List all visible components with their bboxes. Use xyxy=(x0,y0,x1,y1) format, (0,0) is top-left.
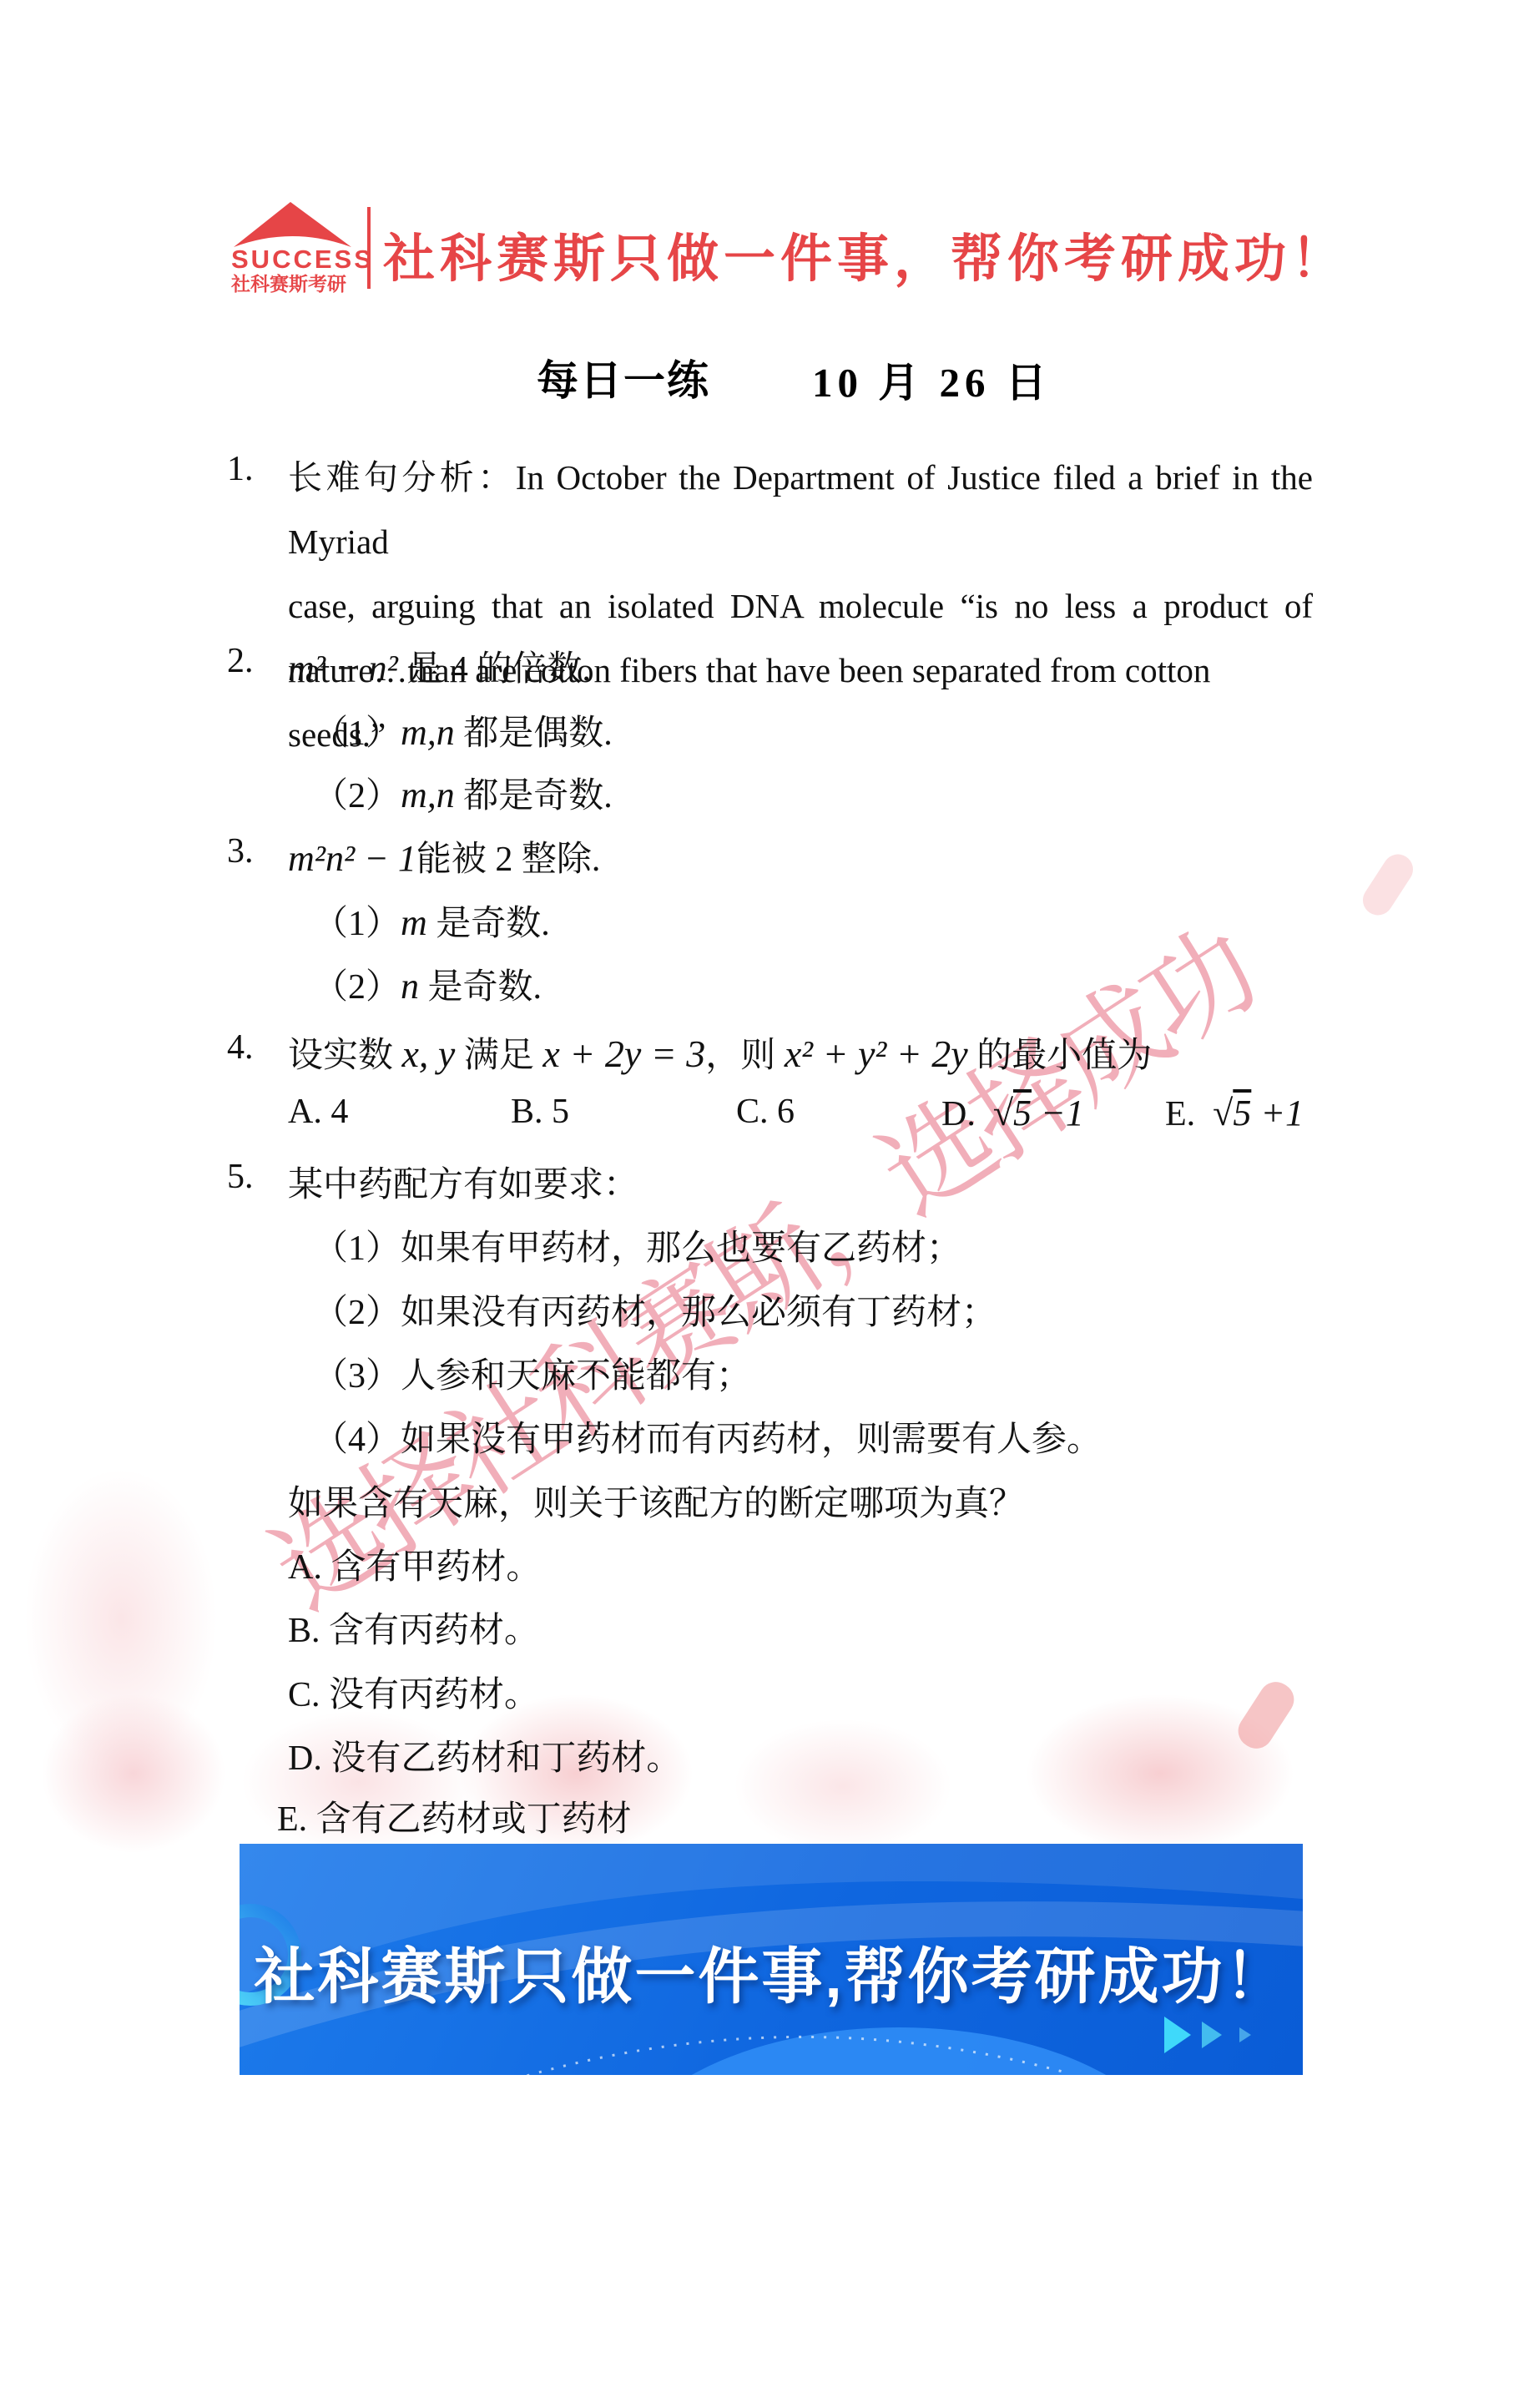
question-number: 3. xyxy=(227,831,254,871)
sqrt-symbol: √ xyxy=(1213,1093,1233,1133)
question-5-cond4: （4）如果没有甲药材而有丙药材，则需要有人参。 xyxy=(313,1411,1102,1461)
banner-slogan: 社科赛斯只做一件事,帮你考研成功！ xyxy=(240,1927,1303,2015)
q5-option-b: B. 含有丙药材。 xyxy=(288,1603,539,1653)
question-1-line1: 长难句分析：In October the Department of Justi… xyxy=(288,446,1313,574)
promo-banner: 社科赛斯只做一件事,帮你考研成功！ xyxy=(240,1844,1303,2075)
q5-option-d: D. 没有乙药材和丁药材。 xyxy=(288,1730,681,1780)
formula: x² + y² + 2y xyxy=(785,1032,968,1075)
question-4-text: 的最小值为 xyxy=(968,1037,1153,1075)
watercolor-blob xyxy=(42,1694,225,1853)
question-5-cond2: （2）如果没有丙药材，那么必须有丁药材； xyxy=(313,1285,997,1335)
header-slogan: 社科赛斯只做一件事，帮你考研成功！ xyxy=(383,217,1348,291)
question-5-cond1: （1）如果有甲药材，那么也要有乙药材； xyxy=(313,1220,961,1270)
question-5: 某中药配方有如要求： xyxy=(288,1157,638,1207)
question-2-cond1: （1）m,n 都是偶数. xyxy=(313,705,613,755)
question-3-cond2: （2）n 是奇数. xyxy=(313,959,542,1009)
page-date: 10 月 26 日 xyxy=(812,351,1052,409)
question-2: m² − n² 是 4 的倍数. xyxy=(288,641,591,691)
question-number: 4. xyxy=(227,1027,254,1068)
formula: x + 2y = 3 xyxy=(542,1032,705,1075)
play-arrow-icon xyxy=(1239,2027,1251,2042)
cond-text: 是奇数. xyxy=(427,905,550,943)
question-5-stem: 如果含有天麻，则关于该配方的断定哪项为真？ xyxy=(288,1476,1024,1526)
question-4-text: 满足 xyxy=(455,1037,542,1075)
formula: −1 xyxy=(1032,1093,1084,1133)
cond-text: 都是奇数. xyxy=(455,777,613,815)
question-1-line2: case, arguing that an isolated DNA molec… xyxy=(288,574,1313,639)
cond-text: 都是偶数. xyxy=(455,714,613,753)
question-3: m²n² − 1能被 2 整除. xyxy=(288,831,600,881)
sqrt-symbol: √ xyxy=(993,1093,1013,1133)
question-2-text: 是 4 的倍数. xyxy=(398,650,591,689)
formula: m xyxy=(401,902,427,943)
cond-number: （1） xyxy=(313,905,401,943)
formula: m,n xyxy=(401,712,455,753)
question-5-cond3: （3）人参和天麻不能都有； xyxy=(313,1348,751,1398)
play-arrow-icon xyxy=(1164,2017,1191,2053)
play-arrow-icon xyxy=(1202,2022,1222,2048)
q4-option-b: B. 5 xyxy=(511,1092,569,1132)
q4-option-d: D. √5 −1 xyxy=(941,1092,1084,1134)
formula: +1 xyxy=(1251,1093,1304,1133)
question-3-text: 能被 2 整除. xyxy=(416,841,601,879)
success-logo-subtext: 社科赛斯考研 xyxy=(231,269,356,296)
exam-practice-page: 选择社科赛斯，选择成功 SUCCESS 社科赛斯考研 社科赛斯只做一件事，帮你考… xyxy=(0,0,1539,2408)
page-title: 每日一练 xyxy=(537,347,710,407)
q4-option-a: A. 4 xyxy=(288,1092,348,1132)
watercolor-blob xyxy=(734,1719,951,1853)
question-4-text: 设实数 xyxy=(288,1037,402,1075)
question-4: 设实数 x, y 满足 x + 2y = 3，则 x² + y² + 2y 的最… xyxy=(288,1027,1152,1078)
radicand: 5 xyxy=(1233,1093,1251,1133)
success-logo-roof-icon xyxy=(232,199,353,250)
q5-option-c: C. 没有丙药材。 xyxy=(288,1667,539,1717)
question-number: 2. xyxy=(227,641,254,681)
header-divider xyxy=(367,207,371,289)
watercolor-stroke xyxy=(1357,849,1419,921)
formula: m,n xyxy=(401,775,455,815)
question-2-cond2: （2）m,n 都是奇数. xyxy=(313,768,613,818)
question-number: 5. xyxy=(227,1157,254,1197)
formula: x, y xyxy=(402,1032,456,1075)
q4-option-e: E. √5 +1 xyxy=(1165,1092,1304,1134)
formula: n xyxy=(401,966,419,1007)
question-4-text: ，则 xyxy=(705,1037,785,1075)
radicand: 5 xyxy=(1013,1093,1032,1133)
question-3-cond1: （1）m 是奇数. xyxy=(313,896,550,946)
question-number: 1. xyxy=(227,449,254,489)
formula: m² − n² xyxy=(288,648,398,689)
q4-option-c: C. 6 xyxy=(736,1092,795,1132)
cond-number: （2） xyxy=(313,777,401,815)
cond-number: （2） xyxy=(313,968,401,1007)
option-label: D. xyxy=(941,1095,976,1133)
q5-option-e: E. 含有乙药材或丁药材 xyxy=(277,1791,632,1841)
watercolor-blob xyxy=(25,1469,217,1769)
cond-number: （1） xyxy=(313,714,401,753)
cond-text: 是奇数. xyxy=(419,968,542,1007)
watercolor-blob xyxy=(1027,1694,1294,1853)
formula: m²n² − 1 xyxy=(288,838,416,879)
q5-option-a: A. 含有甲药材。 xyxy=(288,1539,541,1589)
watercolor-stroke xyxy=(1232,1675,1300,1754)
option-label: E. xyxy=(1165,1095,1195,1133)
